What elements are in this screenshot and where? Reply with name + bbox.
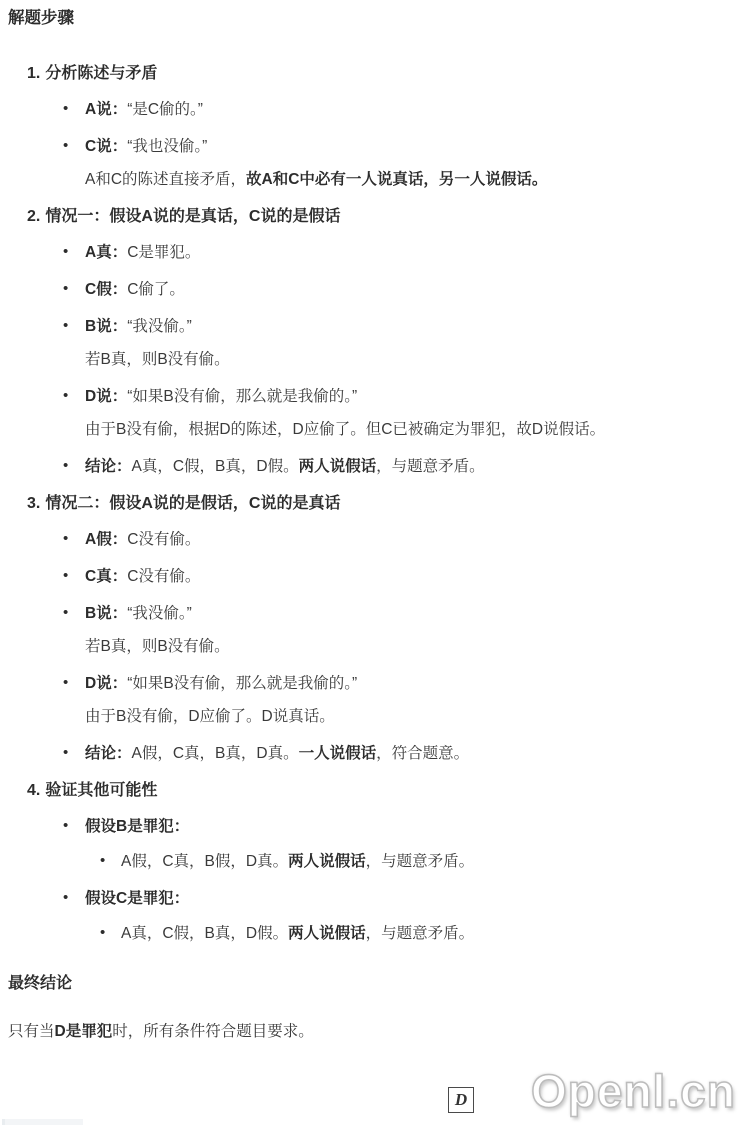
final-text: 时，所有条件符合题目要求。 (112, 1023, 314, 1040)
bullet-icon: • (63, 564, 68, 588)
line-text: ，与题意矛盾。 (366, 853, 475, 870)
text-line: A真：C是罪犯。 (85, 241, 750, 265)
step-heading: 1.分析陈述与矛盾 (0, 62, 750, 86)
line-text: A和C的陈述直接矛盾， (85, 171, 246, 188)
line-text: 若B真，则B没有偷。 (85, 351, 230, 368)
line-bold-text: 结论： (85, 745, 132, 762)
line-text: C偷了。 (127, 281, 185, 298)
text-line: D说：“如果B没有偷，那么就是我偷的。” (85, 385, 750, 409)
step-number: 2. (27, 208, 40, 225)
line-bold-text: A说： (85, 101, 127, 118)
list-item: •C假：C偷了。 (0, 278, 750, 302)
list-item: •C真：C没有偷。 (0, 565, 750, 589)
list-item: •C说：“我也没偷。”A和C的陈述直接矛盾，故A和C中必有一人说真话，另一人说假… (0, 135, 750, 192)
step-section: 4.验证其他可能性•假设B是罪犯：•A假，C真，B假，D真。两人说假话，与题意矛… (0, 779, 750, 946)
bullet-list: •A真：C是罪犯。•C假：C偷了。•B说：“我没偷。”若B真，则B没有偷。•D说… (0, 241, 750, 479)
final-bold-text: D是罪犯 (55, 1023, 113, 1040)
text-line: C假：C偷了。 (85, 278, 750, 302)
bullet-icon: • (63, 814, 68, 838)
bullet-icon: • (100, 849, 105, 873)
line-text: A真，C假，B真，D假。 (132, 458, 299, 475)
bottom-left-artifact (2, 1119, 83, 1125)
bullet-icon: • (63, 134, 68, 158)
line-text: A假，C真，B真，D真。 (132, 745, 299, 762)
list-item: •D说：“如果B没有偷，那么就是我偷的。”由于B没有偷，根据D的陈述，D应偷了。… (0, 385, 750, 442)
line-text: 由于B没有偷，D应偷了。D说真话。 (85, 708, 335, 725)
text-line: A真，C假，B真，D假。两人说假话，与题意矛盾。 (121, 922, 750, 946)
step-section: 2.情况一：假设A说的是真话，C说的是假话•A真：C是罪犯。•C假：C偷了。•B… (0, 205, 750, 479)
line-text: C没有偷。 (127, 568, 200, 585)
line-text: C是罪犯。 (127, 244, 200, 261)
list-item: •假设B是罪犯：•A假，C真，B假，D真。两人说假话，与题意矛盾。 (0, 815, 750, 874)
bullet-icon: • (63, 97, 68, 121)
bullet-icon: • (63, 454, 68, 478)
line-bold-text: 故A和C中必有一人说真话，另一人说假话。 (246, 171, 547, 188)
line-text: “我也没偷。” (127, 138, 207, 155)
text-line: 结论：A真，C假，B真，D假。两人说假话，与题意矛盾。 (85, 455, 750, 479)
step-number: 3. (27, 495, 40, 512)
document-page: 解题步骤 1.分析陈述与矛盾•A说：“是C偷的。”•C说：“我也没偷。”A和C的… (0, 0, 750, 1125)
list-item: •B说：“我没偷。”若B真，则B没有偷。 (0, 602, 750, 659)
text-line: 若B真，则B没有偷。 (85, 348, 750, 372)
bullet-icon: • (63, 240, 68, 264)
text-line: 结论：A假，C真，B真，D真。一人说假话，符合题意。 (85, 742, 750, 766)
bullet-icon: • (100, 921, 105, 945)
sub-list: •A真，C假，B真，D假。两人说假话，与题意矛盾。 (85, 922, 750, 946)
line-bold-text: 假设B是罪犯： (85, 818, 189, 835)
step-section: 1.分析陈述与矛盾•A说：“是C偷的。”•C说：“我也没偷。”A和C的陈述直接矛… (0, 62, 750, 192)
bullet-list: •A假：C没有偷。•C真：C没有偷。•B说：“我没偷。”若B真，则B没有偷。•D… (0, 528, 750, 766)
line-bold-text: A假： (85, 531, 127, 548)
page-title: 解题步骤 (8, 8, 750, 28)
line-text: 若B真，则B没有偷。 (85, 638, 230, 655)
bullet-icon: • (63, 741, 68, 765)
bullet-list: •A说：“是C偷的。”•C说：“我也没偷。”A和C的陈述直接矛盾，故A和C中必有… (0, 98, 750, 192)
text-line: C真：C没有偷。 (85, 565, 750, 589)
text-line: 若B真，则B没有偷。 (85, 635, 750, 659)
text-line: D说：“如果B没有偷，那么就是我偷的。” (85, 672, 750, 696)
line-text: ，与题意矛盾。 (376, 458, 485, 475)
final-conclusion-text: 只有当D是罪犯时，所有条件符合题目要求。 (8, 1020, 750, 1044)
text-line: A假，C真，B假，D真。两人说假话，与题意矛盾。 (121, 850, 750, 874)
line-bold-text: C真： (85, 568, 127, 585)
boxed-answer: D (448, 1087, 474, 1113)
line-bold-text: 两人说假话 (288, 853, 366, 870)
step-section: 3.情况二：假设A说的是假话，C说的是真话•A假：C没有偷。•C真：C没有偷。•… (0, 492, 750, 766)
list-item: •结论：A假，C真，B真，D真。一人说假话，符合题意。 (0, 742, 750, 766)
list-item: •B说：“我没偷。”若B真，则B没有偷。 (0, 315, 750, 372)
sub-list: •A假，C真，B假，D真。两人说假话，与题意矛盾。 (85, 850, 750, 874)
step-heading: 2.情况一：假设A说的是真话，C说的是假话 (0, 205, 750, 229)
heading-bold-text: 情况一：假设A说的是真话，C说的是假话 (45, 208, 340, 225)
line-bold-text: 一人说假话 (299, 745, 377, 762)
line-text: “如果B没有偷，那么就是我偷的。” (127, 388, 357, 405)
bullet-icon: • (63, 277, 68, 301)
list-item: •A假：C没有偷。 (0, 528, 750, 552)
bullet-icon: • (63, 671, 68, 695)
heading-bold-text: 情况二：假设A说的是假话，C说的是真话 (45, 495, 340, 512)
heading-bold-text: 验证其他可能性 (45, 782, 157, 799)
step-heading: 3.情况二：假设A说的是假话，C说的是真话 (0, 492, 750, 516)
line-bold-text: 两人说假话 (299, 458, 377, 475)
line-bold-text: D说： (85, 388, 127, 405)
text-line: A和C的陈述直接矛盾，故A和C中必有一人说真话，另一人说假话。 (85, 168, 750, 192)
bullet-list: •假设B是罪犯：•A假，C真，B假，D真。两人说假话，与题意矛盾。•假设C是罪犯… (0, 815, 750, 946)
text-line: 假设B是罪犯： (85, 815, 750, 839)
line-text: ，符合题意。 (376, 745, 469, 762)
solution-steps-list: 1.分析陈述与矛盾•A说：“是C偷的。”•C说：“我也没偷。”A和C的陈述直接矛… (0, 62, 750, 946)
bullet-icon: • (63, 527, 68, 551)
line-bold-text: A真： (85, 244, 127, 261)
sub-list-item: •A真，C假，B真，D假。两人说假话，与题意矛盾。 (85, 922, 750, 946)
text-line: B说：“我没偷。” (85, 602, 750, 626)
text-line: 由于B没有偷，根据D的陈述，D应偷了。但C已被确定为罪犯，故D说假话。 (85, 418, 750, 442)
text-line: A说：“是C偷的。” (85, 98, 750, 122)
watermark-logo: Openl.cn (531, 1066, 736, 1116)
step-number: 4. (27, 782, 40, 799)
text-line: 假设C是罪犯： (85, 887, 750, 911)
line-bold-text: 假设C是罪犯： (85, 890, 189, 907)
final-conclusion-heading: 最终结论 (8, 972, 750, 996)
line-bold-text: C假： (85, 281, 127, 298)
heading-bold-text: 分析陈述与矛盾 (45, 65, 157, 82)
list-item: •A说：“是C偷的。” (0, 98, 750, 122)
line-text: A假，C真，B假，D真。 (121, 853, 288, 870)
line-text: “我没偷。” (127, 605, 192, 622)
line-bold-text: D说： (85, 675, 127, 692)
list-item: •结论：A真，C假，B真，D假。两人说假话，与题意矛盾。 (0, 455, 750, 479)
line-text: “如果B没有偷，那么就是我偷的。” (127, 675, 357, 692)
bullet-icon: • (63, 384, 68, 408)
line-bold-text: B说： (85, 605, 127, 622)
line-bold-text: 两人说假话 (288, 925, 366, 942)
text-line: C说：“我也没偷。” (85, 135, 750, 159)
list-item: •A真：C是罪犯。 (0, 241, 750, 265)
text-line: B说：“我没偷。” (85, 315, 750, 339)
step-number: 1. (27, 65, 40, 82)
bullet-icon: • (63, 601, 68, 625)
text-line: A假：C没有偷。 (85, 528, 750, 552)
line-bold-text: 结论： (85, 458, 132, 475)
line-text: C没有偷。 (127, 531, 200, 548)
final-text: 只有当 (8, 1023, 55, 1040)
step-heading: 4.验证其他可能性 (0, 779, 750, 803)
sub-list-item: •A假，C真，B假，D真。两人说假话，与题意矛盾。 (85, 850, 750, 874)
list-item: •假设C是罪犯：•A真，C假，B真，D假。两人说假话，与题意矛盾。 (0, 887, 750, 946)
bullet-icon: • (63, 886, 68, 910)
text-line: 由于B没有偷，D应偷了。D说真话。 (85, 705, 750, 729)
line-text: “我没偷。” (127, 318, 192, 335)
line-text: 由于B没有偷，根据D的陈述，D应偷了。但C已被确定为罪犯，故D说假话。 (85, 421, 605, 438)
line-bold-text: C说： (85, 138, 127, 155)
line-text: ，与题意矛盾。 (366, 925, 475, 942)
line-text: “是C偷的。” (127, 101, 203, 118)
list-item: •D说：“如果B没有偷，那么就是我偷的。”由于B没有偷，D应偷了。D说真话。 (0, 672, 750, 729)
line-text: A真，C假，B真，D假。 (121, 925, 288, 942)
line-bold-text: B说： (85, 318, 127, 335)
bullet-icon: • (63, 314, 68, 338)
